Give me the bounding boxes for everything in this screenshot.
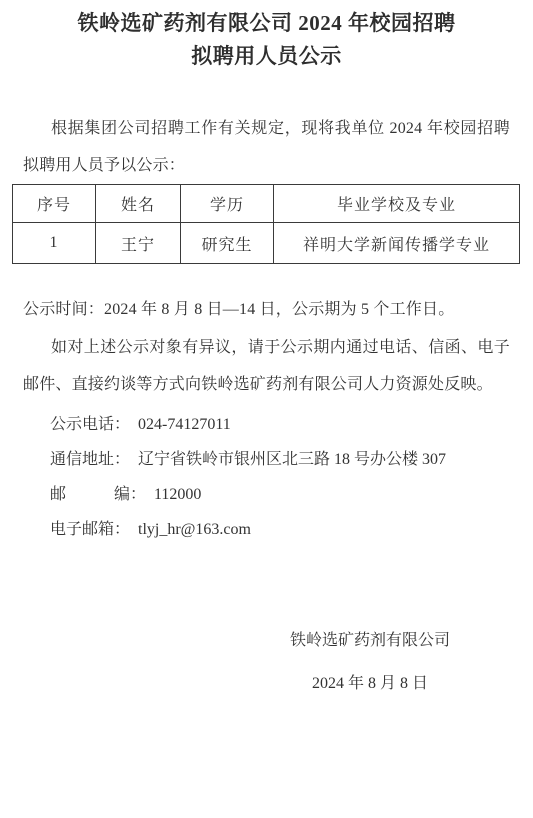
- contact-postcode-line: 邮 编：112000: [50, 477, 510, 512]
- col-header-school-major: 毕业学校及专业: [274, 185, 520, 223]
- contact-email-line: 电子邮箱：tlyj_hr@163.com: [50, 512, 510, 547]
- objection-paragraph: 如对上述公示对象有异议，请于公示期内通过电话、信函、电子邮件、直接约谈等方式向铁…: [23, 329, 510, 403]
- title-line-2: 拟聘用人员公示: [0, 40, 533, 73]
- cell-index: 1: [13, 223, 96, 264]
- contact-email-value: tlyj_hr@163.com: [138, 521, 251, 538]
- title-line-1: 铁岭选矿药剂有限公司 2024 年校园招聘: [0, 7, 533, 40]
- contact-phone-line: 公示电话：024-74127011: [50, 407, 510, 442]
- cell-name: 王宁: [96, 223, 181, 264]
- contact-phone-value: 024-74127011: [138, 416, 231, 433]
- contact-postcode-label: 邮 编：: [50, 486, 146, 503]
- announcement-document: 铁岭选矿药剂有限公司 2024 年校园招聘 拟聘用人员公示 根据集团公司招聘工作…: [0, 0, 533, 818]
- cell-education: 研究生: [181, 223, 274, 264]
- signature-company: 铁岭选矿药剂有限公司: [280, 619, 460, 662]
- signature-date: 2024 年 8 月 8 日: [280, 662, 460, 705]
- contact-email-label: 电子邮箱：: [50, 521, 130, 538]
- signature-block: 铁岭选矿药剂有限公司 2024 年 8 月 8 日: [280, 619, 460, 705]
- contact-phone-label: 公示电话：: [50, 416, 130, 433]
- col-header-index: 序号: [13, 185, 96, 223]
- contact-address-line: 通信地址：辽宁省铁岭市银州区北三路 18 号办公楼 307: [50, 442, 510, 477]
- table-header-row: 序号 姓名 学历 毕业学校及专业: [13, 185, 520, 223]
- contact-postcode-value: 112000: [154, 486, 201, 503]
- document-title: 铁岭选矿药剂有限公司 2024 年校园招聘 拟聘用人员公示: [0, 0, 533, 73]
- col-header-education: 学历: [181, 185, 274, 223]
- publicity-period-text: 公示时间：2024 年 8 月 8 日—14 日，公示期为 5 个工作日。: [23, 291, 510, 328]
- table-row: 1 王宁 研究生 祥明大学新闻传播学专业: [13, 223, 520, 264]
- contact-address-value: 辽宁省铁岭市银州区北三路 18 号办公楼 307: [138, 451, 446, 468]
- contact-address-label: 通信地址：: [50, 451, 130, 468]
- col-header-name: 姓名: [96, 185, 181, 223]
- contact-block: 公示电话：024-74127011 通信地址：辽宁省铁岭市银州区北三路 18 号…: [50, 407, 510, 547]
- candidates-table: 序号 姓名 学历 毕业学校及专业 1 王宁 研究生 祥明大学新闻传播学专业: [12, 184, 520, 264]
- intro-paragraph: 根据集团公司招聘工作有关规定，现将我单位 2024 年校园招聘拟聘用人员予以公示…: [23, 110, 510, 184]
- cell-school-major: 祥明大学新闻传播学专业: [274, 223, 520, 264]
